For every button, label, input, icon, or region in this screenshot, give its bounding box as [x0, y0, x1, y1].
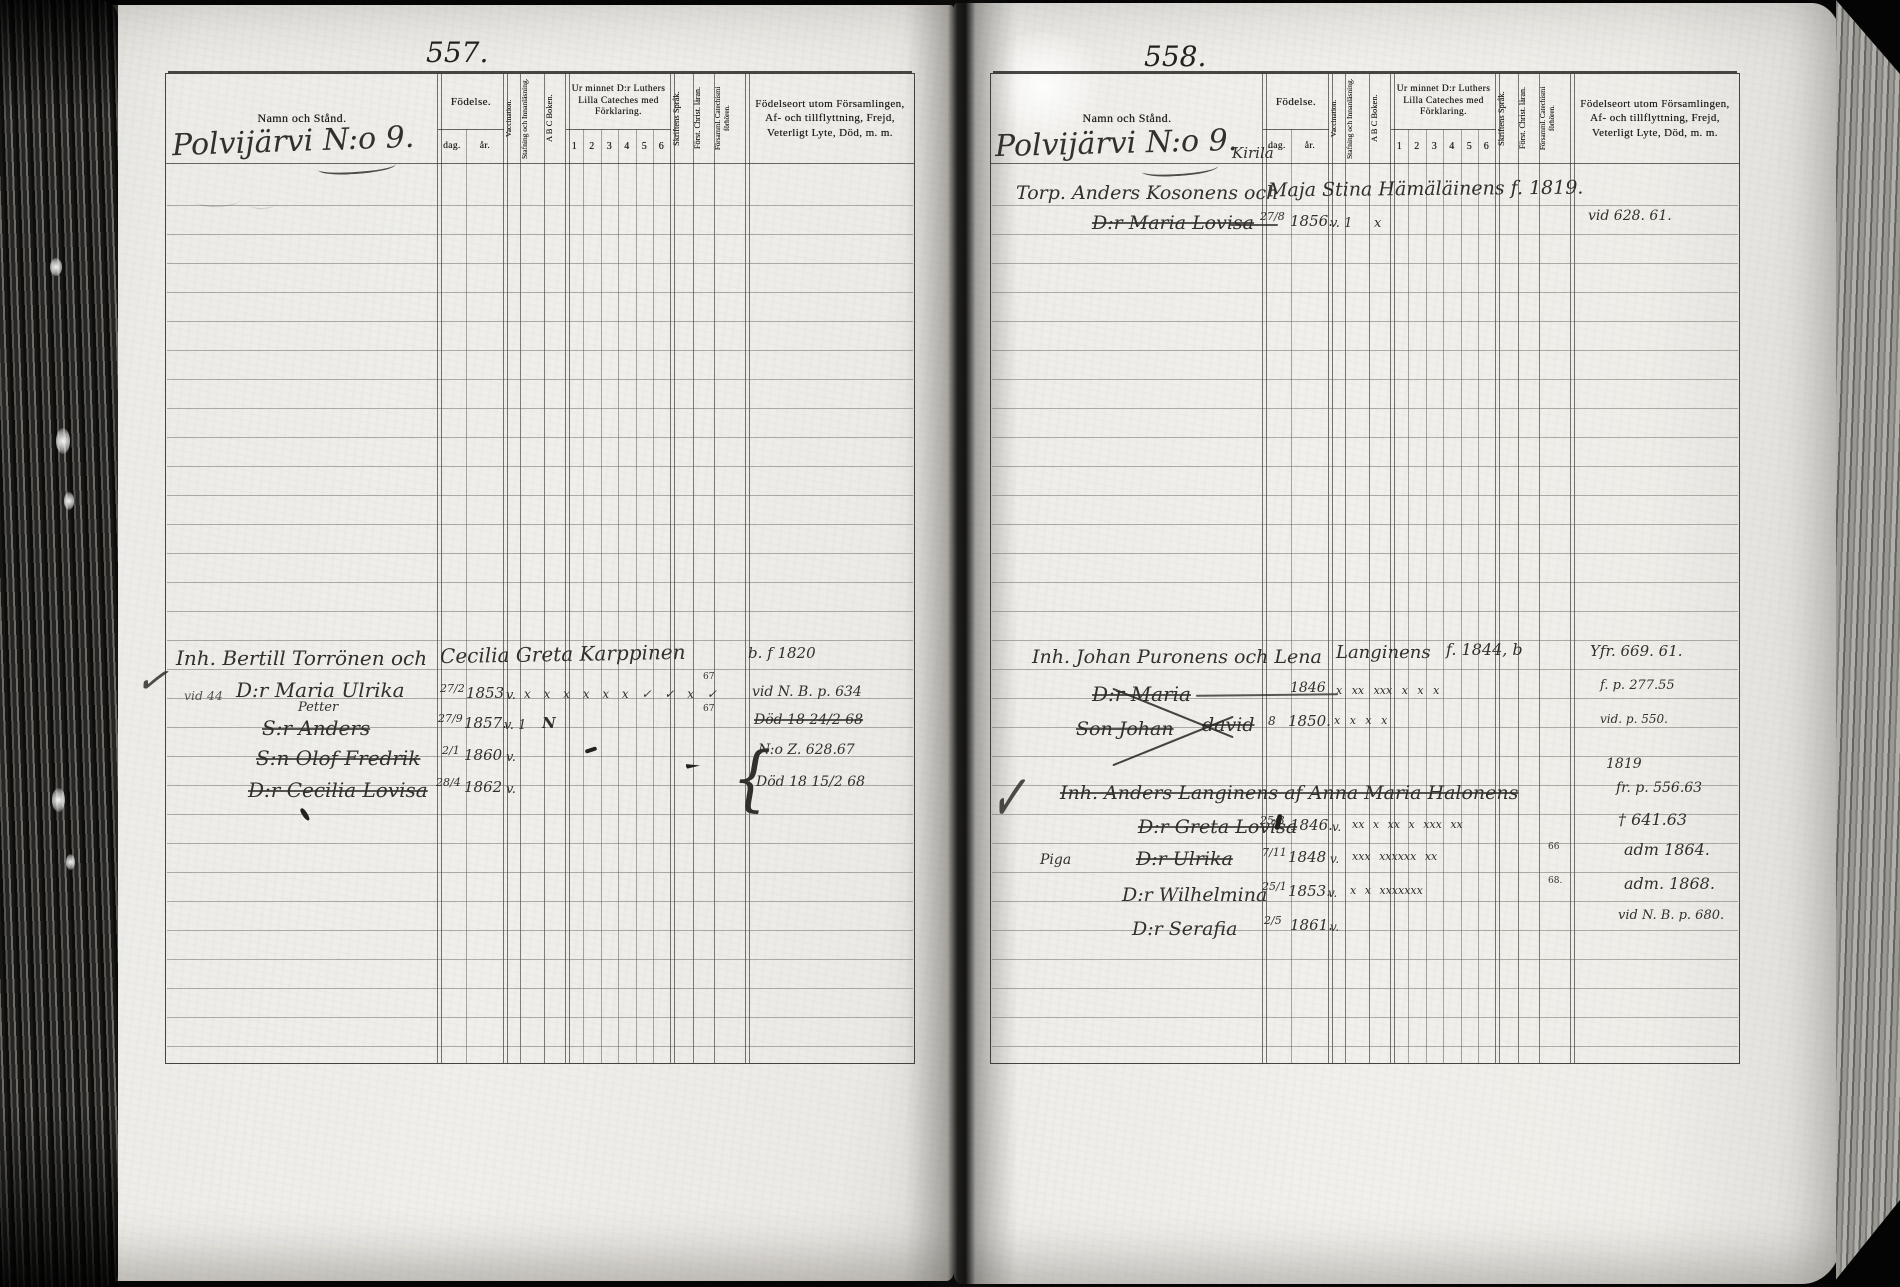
col-header-notes: Födelseort utom Församlingen, Af- och ti…	[1575, 82, 1735, 155]
entry-birth-year: 1848	[1288, 848, 1326, 866]
entry-name: D:r Wilhelmina	[1122, 884, 1267, 906]
entry-birth-day: 27/8	[1260, 210, 1285, 223]
page-number-left: 557.	[426, 36, 488, 69]
entry-vaccination: v. 1	[504, 718, 526, 733]
col-header-cat-3: 3	[1426, 129, 1443, 163]
entry-birth-year: 1846	[1290, 680, 1326, 696]
col-header-catechism: Ur minnet D:r Luthers Lilla Cateches med…	[1393, 76, 1494, 127]
entry-name: S:r Anders	[262, 716, 370, 740]
paper-speck	[66, 854, 75, 870]
entry-superscript: 66	[1548, 842, 1559, 852]
col-header-cat-2: 2	[583, 129, 601, 163]
family-head-spouse: Cecilia Greta Karppinen	[440, 640, 686, 668]
paper-speck	[64, 492, 74, 510]
entry-note: N:o Z. 628.67	[758, 742, 855, 758]
col-header-cat-5: 5	[1461, 129, 1478, 163]
register-table-left: Namn och Stånd. Födelse. dag. år. Vaccin…	[165, 73, 915, 1064]
col-header-cat-5: 5	[636, 129, 653, 163]
col-header-spelling: Stafning och Innanläsning.	[520, 76, 529, 161]
family-head-note: fr. p. 556.63	[1616, 780, 1702, 796]
entry-birth-year: 1853	[466, 684, 504, 702]
entry-name: D:r Serafia	[1132, 918, 1237, 940]
col-header-birth-year: år.	[1291, 129, 1329, 163]
entry-note: vid 628. 61.	[1588, 208, 1672, 224]
entry-birth-year: 1850.	[1288, 712, 1331, 730]
entry-marks: x x x x	[1334, 714, 1387, 727]
entry-name: D:r Maria Lovisa	[1092, 212, 1254, 234]
entry-vaccination: v.	[506, 750, 516, 765]
ruled-lines	[167, 177, 913, 1061]
entry-marks: x xx xxx x x x	[1336, 684, 1439, 697]
col-header-cat-6: 6	[653, 129, 670, 163]
entry-note: vid. p. 550.	[1600, 712, 1668, 726]
entry-birth-year: 1857.	[464, 714, 507, 732]
entry-birth-year: 1861.	[1290, 916, 1333, 934]
entry-name: D:r Maria Ulrika	[236, 678, 405, 702]
entry-birth-day: 27/9	[438, 712, 463, 725]
margin-checkmark: ✓	[133, 656, 171, 704]
col-header-scripture: Skriftens Språk.	[1496, 76, 1507, 161]
handwritten-title-right: Polvijärvi N:o 9.	[995, 123, 1238, 164]
right-page-stack-edge	[1836, 0, 1900, 1287]
col-header-cat-1: 1	[566, 129, 583, 163]
col-header-cat-4: 4	[1443, 129, 1461, 163]
entry-vaccination: v. 1	[1330, 216, 1352, 231]
entry-marks: x x xxxxxxx	[1350, 884, 1423, 897]
entry-note: Död 18 15/2 68	[756, 774, 865, 790]
col-header-christianity: Först. Christ. läran.	[1518, 76, 1528, 161]
entry-marks: N	[542, 714, 556, 732]
entry-margin-note: vid 44	[184, 688, 223, 703]
paper-speck	[50, 258, 62, 276]
entry-vaccination: v.	[506, 782, 516, 797]
entry-name: D:r Ulrika	[1136, 848, 1233, 870]
entry-birth-year: 1853.	[1288, 882, 1331, 900]
family-head-birth: f. 1844, b	[1446, 640, 1523, 659]
entry-name: D:r Cecilia Lovisa	[248, 778, 428, 802]
entry-birth-day: 2/1	[442, 744, 460, 757]
entry-note: adm. 1868.	[1624, 874, 1715, 893]
header-bottom-rule	[166, 163, 914, 164]
paper-speck	[52, 788, 65, 812]
col-header-spelling: Stafning och Innanläsning.	[1345, 76, 1354, 161]
strike-extension	[1230, 224, 1278, 226]
entry-marks: xx x xx x xxx xx	[1352, 818, 1463, 831]
col-header-birth-year: år.	[466, 129, 504, 163]
entry-birth-day: 28/4	[436, 776, 461, 789]
col-header-birth: Födelse.	[1263, 74, 1329, 129]
col-header-notes: Födelseort utom Församlingen, Af- och ti…	[750, 82, 910, 155]
entry-birth-year: 1856.	[1290, 212, 1333, 230]
col-header-abc-book: A B C Boken.	[1369, 76, 1380, 161]
entry-note: vid N. B. p. 680.	[1618, 908, 1724, 923]
paper-speck	[56, 428, 70, 454]
family-head-name: Torp. Anders Kosonens och	[1016, 182, 1278, 204]
col-header-birth-day: dag.	[438, 129, 466, 163]
handwritten-title-suffix: Kirilä	[1232, 144, 1274, 162]
entry-vaccination: v.	[1328, 886, 1337, 900]
entry-superscript: 67	[703, 704, 714, 714]
margin-year-note: 1819	[1606, 756, 1642, 772]
entry-vaccination: v.	[506, 688, 516, 703]
entry-note: † 641.63	[1618, 810, 1687, 829]
col-header-parish-exam: Församml. Catechismi förhören.	[714, 76, 732, 161]
entry-superscript: 67	[703, 672, 714, 682]
entry-birth-day: 2/5	[1264, 914, 1282, 927]
col-header-cat-2: 2	[1408, 129, 1426, 163]
family-head-note: Yfr. 669. 61.	[1590, 642, 1683, 660]
col-header-christianity: Först. Christ. läran.	[693, 76, 703, 161]
margin-checkmark: ✓	[989, 752, 1027, 842]
entry-birth-day: 7/11	[1262, 846, 1287, 859]
col-header-parish-exam: Församml. Catechismi förhören.	[1539, 76, 1557, 161]
entry-name: S:n Olof Fredrik	[256, 746, 420, 770]
col-header-cat-6: 6	[1478, 129, 1495, 163]
entry-vaccination: v.	[1330, 852, 1339, 866]
col-header-birth: Födelse.	[438, 74, 504, 129]
col-header-vaccination: Vaccination.	[504, 76, 513, 161]
entry-note: adm 1864.	[1624, 840, 1710, 859]
family-head-note: b. f 1820	[748, 644, 816, 662]
entry-note: vid N. B. p. 634	[752, 684, 862, 700]
family-head-name: Inh. Anders Langinens af Anna Maria Halo…	[1060, 782, 1518, 804]
entry-birth-year: 1862	[464, 778, 502, 796]
left-page-stack-edge	[0, 0, 118, 1287]
entry-birth-day: 8	[1268, 714, 1276, 728]
family-head-name: Inh. Johan Puronens och Lena	[1032, 646, 1322, 668]
col-header-scripture: Skriftens Språk.	[671, 76, 682, 161]
col-header-cat-3: 3	[601, 129, 618, 163]
entry-birth-day: 27/2	[440, 682, 465, 695]
entry-name: Son Johan	[1076, 718, 1174, 740]
family-head-spouse: Maja Stina Hämäläinens f. 1819.	[1268, 177, 1584, 202]
entry-name: D:r Maria	[1092, 682, 1191, 706]
entry-marks: x	[1374, 216, 1381, 231]
entry-birth-year: 1846.	[1290, 816, 1333, 834]
entry-margin-note: Piga	[1040, 852, 1071, 868]
col-header-catechism: Ur minnet D:r Luthers Lilla Cateches med…	[568, 76, 669, 127]
entry-marks: x x x x x x ✓ ✓ x ✓	[524, 687, 717, 701]
family-head-name: Inh. Bertill Torrönen och	[176, 646, 427, 670]
ruled-lines	[992, 177, 1738, 1061]
entry-note: f. p. 277.55	[1600, 678, 1675, 693]
family-head-spouse: Langinens	[1336, 642, 1431, 663]
col-header-vaccination: Vaccination.	[1329, 76, 1338, 161]
col-header-abc-book: A B C Boken.	[544, 76, 555, 161]
book-scan-photo: 557. 558. Namn och Stånd. Födelse. dag. …	[0, 0, 1900, 1287]
entry-vaccination: v.	[1332, 820, 1341, 834]
col-header-cat-1: 1	[1391, 129, 1408, 163]
entry-vaccination: v.	[1330, 920, 1339, 934]
entry-name-correction: Petter	[298, 700, 338, 715]
entry-note: Död 18 24/2 68	[754, 712, 863, 728]
entry-birth-year: 1860	[464, 746, 502, 764]
col-header-cat-4: 4	[618, 129, 636, 163]
entry-marks: xxx xxxxxx xx	[1352, 850, 1437, 863]
header-bottom-rule	[991, 163, 1739, 164]
entry-birth-day: 25/1	[1262, 880, 1287, 893]
page-number-right: 558.	[1144, 40, 1206, 73]
entry-superscript: 68.	[1548, 876, 1562, 886]
